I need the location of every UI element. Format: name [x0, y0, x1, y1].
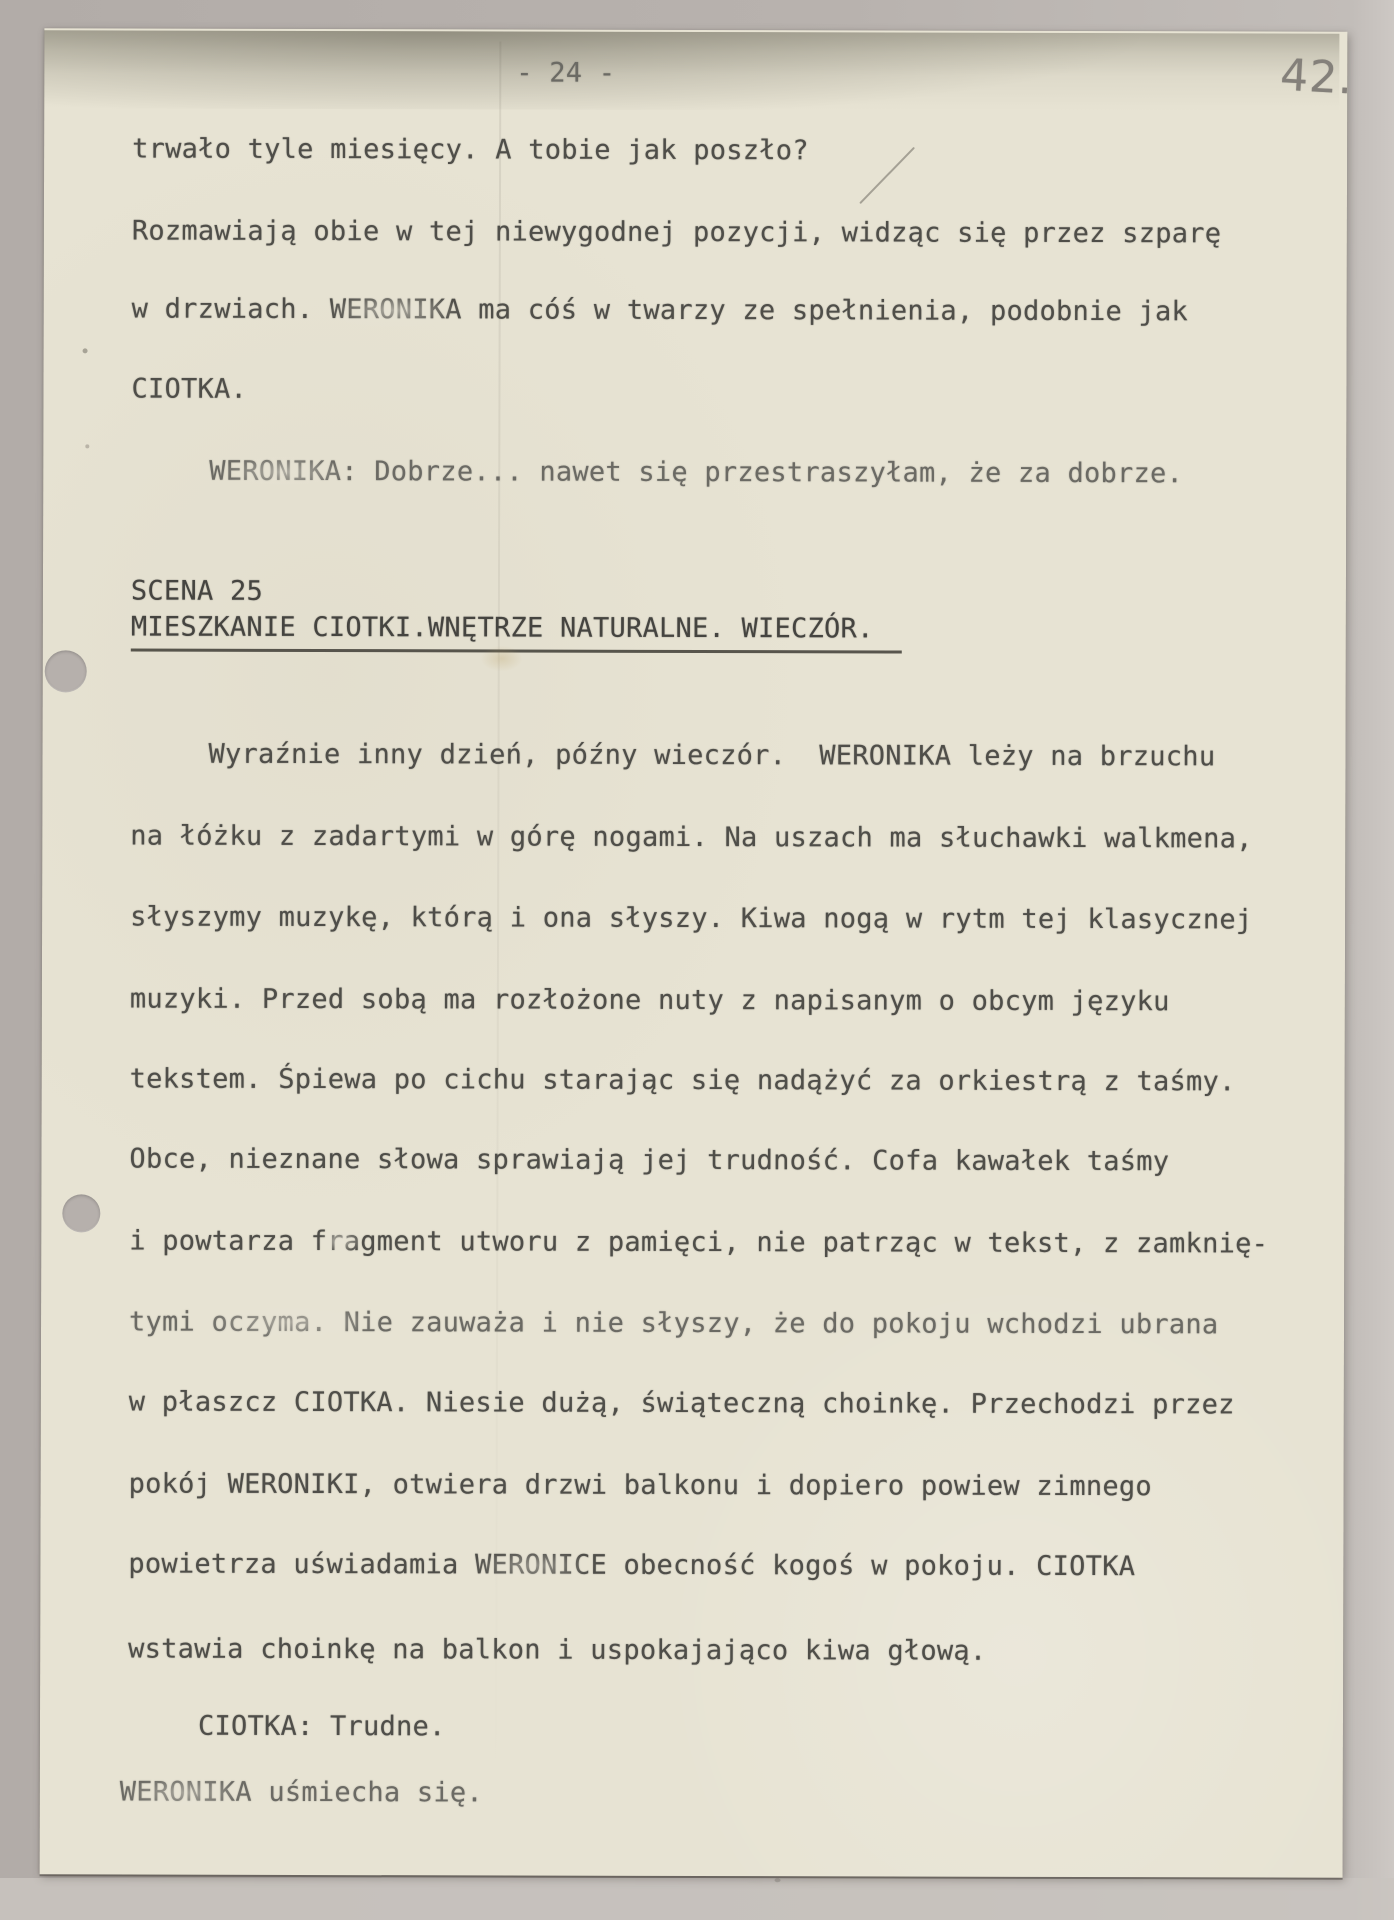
text-line: muzyki. Przed sobą ma rozłożone nuty z n… [130, 985, 1170, 1018]
page-number: - 24 - [516, 59, 615, 89]
dialogue-line-weronika: WERONIKA: Dobrze... nawet się przestrasz… [209, 457, 1183, 490]
text-line: Wyraźnie inny dzień, późny wieczór. WERO… [208, 740, 1215, 773]
text-line: słyszymy muzykę, którą i ona słyszy. Kiw… [130, 903, 1252, 936]
text-line: trwało tyle miesięcy. A tobie jak poszło… [132, 135, 809, 167]
text-line: pokój WERONIKI, otwiera drzwi balkonu i … [129, 1470, 1152, 1503]
text-line: wstawia choinkę na balkon i uspokajająco… [128, 1635, 986, 1667]
handwritten-page-number: 42. [1279, 50, 1355, 105]
text-line: CIOTKA. [131, 375, 247, 406]
text-line: Obce, nieznane słowa sprawiają jej trudn… [129, 1145, 1169, 1178]
ink-speck [85, 444, 89, 448]
text-line: tymi oczyma. Nie zauważa i nie słyszy, ż… [129, 1308, 1218, 1341]
typescript-page: - 24 - trwało tyle miesięcy. A tobie jak… [40, 28, 1348, 1877]
text-line: i powtarza fragment utworu z pamięci, ni… [129, 1227, 1268, 1260]
scan-background-mat: - 24 - trwało tyle miesięcy. A tobie jak… [0, 0, 1394, 1920]
text-line: WERONIKA uśmiecha się. [120, 1778, 483, 1809]
photocopy-smear-top [44, 30, 1339, 111]
dialogue-line-ciotka: CIOTKA: Trudne. [198, 1712, 446, 1743]
scene-number: SCENA 25 [131, 577, 263, 608]
text-line: Rozmawiają obie w tej niewygodnej pozycj… [132, 217, 1221, 250]
paper-stain [481, 645, 523, 671]
text-line: na łóżku z zadartymi w górę nogami. Na u… [130, 822, 1252, 855]
punch-hole-top [45, 650, 87, 692]
text-line: powietrza uświadamia WERONICE obecność k… [128, 1550, 1135, 1583]
ink-speck [83, 348, 88, 353]
text-line: w drzwiach. WERONIKA ma cóś w twarzy ze … [132, 295, 1188, 328]
scene-heading: MIESZKANIE CIOTKI.WNĘTRZE NATURALNE. WIE… [131, 613, 902, 654]
ink-speck [775, 1878, 781, 1882]
pencil-stroke [859, 147, 915, 204]
text-line: w płaszcz CIOTKA. Niesie dużą, świąteczn… [129, 1388, 1235, 1421]
text-line: tekstem. Śpiewa po cichu starając się na… [130, 1065, 1236, 1098]
punch-hole-bottom [62, 1194, 100, 1232]
